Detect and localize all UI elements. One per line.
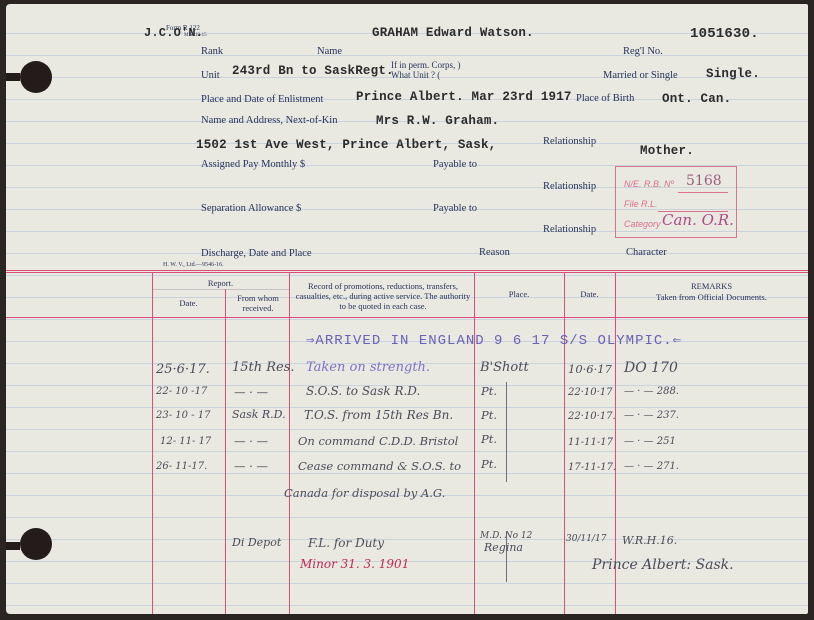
- discharge-from: Di Depot: [232, 536, 281, 549]
- punch-hole-stem-bottom: [6, 542, 20, 550]
- row4-date2: 11-11-17: [568, 437, 613, 448]
- relationship-value: Mother.: [640, 144, 694, 158]
- rb-file-label: File R.L.: [624, 199, 658, 209]
- marital-status-value: Single.: [706, 67, 760, 81]
- label-payable-to-2: Payable to: [433, 203, 477, 214]
- row2-remarks: — · — 288.: [624, 386, 679, 397]
- row4-from: — · —: [234, 434, 268, 448]
- table-top-rule-1: [6, 270, 808, 271]
- row2-record: S.O.S. to Sask R.D.: [306, 384, 420, 398]
- label-name: Name: [317, 46, 342, 57]
- label-separation-allowance: Separation Allowance $: [201, 203, 301, 214]
- enlistment-value: Prince Albert. Mar 23rd 1917: [356, 90, 572, 104]
- label-married-single: Married or Single: [603, 70, 678, 81]
- row3-date2: 22·10·17.: [568, 411, 616, 422]
- label-place-of-birth: Place of Birth: [576, 93, 634, 104]
- row1-date: 25·6·17.: [156, 362, 210, 377]
- row1-record: Taken on strength.: [306, 360, 430, 375]
- label-discharge: Discharge, Date and Place: [201, 248, 312, 259]
- punch-hole-stem-top: [6, 73, 20, 81]
- soldier-name: GRAHAM Edward Watson.: [372, 26, 534, 40]
- col-divider-date2: [564, 273, 565, 614]
- discharge-remarks-line2: Prince Albert: Sask.: [592, 557, 734, 573]
- row5-remarks: — · — 271.: [624, 461, 679, 472]
- minor-note: Minor 31. 3. 1901: [300, 557, 409, 571]
- header-remarks-title: REMARKS: [615, 281, 808, 291]
- row5-date: 26- 11-17.: [156, 461, 207, 472]
- punch-hole-bottom: [20, 528, 52, 560]
- row1-remarks: DO 170: [624, 360, 678, 376]
- file-code: J.C.O'N.: [144, 26, 203, 40]
- rb-category-value: Can. O.R.: [662, 211, 734, 229]
- header-report: Report.: [152, 278, 289, 288]
- rb-number-underline: [678, 192, 728, 193]
- row3-place: Pt.: [481, 408, 497, 422]
- next-of-kin-address: 1502 1st Ave West, Prince Albert, Sask,: [196, 138, 496, 152]
- arrival-in-england-stamp: ⇒ARRIVED IN ENGLAND 9 6 17 S/S OLYMPIC.⇐: [306, 332, 682, 349]
- label-unit: Unit: [201, 70, 220, 81]
- label-perm-corps-1: If in perm. Corps, ): [391, 60, 461, 70]
- label-next-of-kin: Name and Address, Next-of-Kin: [201, 115, 337, 126]
- next-of-kin-name: Mrs R.W. Graham.: [376, 114, 499, 128]
- row2-date: 22- 10 -17: [156, 386, 207, 397]
- discharge-remarks-line1: W.R.H.16.: [622, 534, 677, 547]
- table-top-rule-2: [6, 272, 808, 273]
- row5-record: Cease command & S.O.S. to: [298, 459, 461, 473]
- rb-category-label: Category: [624, 219, 661, 229]
- table-header-bottom-rule: [6, 317, 808, 318]
- row2-from: — · —: [234, 385, 268, 399]
- label-perm-corps-2: What Unit ? (: [391, 70, 440, 80]
- discharge-date2: 30/11/17: [566, 534, 606, 544]
- col-divider-record: [289, 273, 290, 614]
- report-subheader-rule: [152, 289, 289, 290]
- label-relationship-1: Relationship: [543, 136, 596, 147]
- rb-number-value: 5168: [686, 173, 722, 189]
- row4-record: On command C.D.D. Bristol: [298, 434, 458, 448]
- printer-imprint: H. W. V., Ltd.—9546-16.: [163, 262, 224, 268]
- col-divider-from: [225, 289, 226, 614]
- place-of-birth-value: Ont. Can.: [662, 92, 731, 106]
- col-divider-place: [474, 273, 475, 614]
- header-record: Record of promotions, reductions, transf…: [294, 281, 472, 311]
- header-remarks-sub: Taken from Official Documents.: [615, 292, 808, 302]
- row5-date2: 17-11-17.: [568, 462, 616, 473]
- row3-from: Sask R.D.: [232, 408, 286, 421]
- row2-date2: 22·10·17: [568, 387, 613, 398]
- rb-number-label: N/E. R.B. Nº: [624, 179, 674, 189]
- label-character: Character: [626, 247, 667, 258]
- place-pencil-divider: [506, 382, 507, 482]
- row6-record: Canada for disposal by A.G.: [284, 486, 445, 500]
- col-divider-date: [152, 273, 153, 614]
- header-date: Date.: [152, 298, 225, 308]
- discharge-place-line1: M.D. No 12: [480, 531, 532, 541]
- header-date2: Date.: [564, 289, 615, 299]
- row3-date: 23- 10 - 17: [156, 410, 210, 421]
- row4-remarks: — · — 251: [624, 436, 676, 447]
- unit-value: 243rd Bn to SaskRegt.: [232, 64, 394, 78]
- label-assigned-pay: Assigned Pay Monthly $: [201, 159, 305, 170]
- discharge-record: F.L. for Duty: [308, 536, 384, 550]
- row4-place: Pt.: [481, 432, 497, 446]
- row1-place: B'Shott: [480, 360, 529, 375]
- header-place: Place.: [474, 289, 564, 299]
- discharge-place-line2: Regina: [484, 541, 523, 554]
- row5-place: Pt.: [481, 457, 497, 471]
- label-relationship-3: Relationship: [543, 224, 596, 235]
- label-reason: Reason: [479, 247, 510, 258]
- row1-from: 15th Res.: [232, 360, 295, 375]
- header-from-whom: From whom received.: [228, 293, 288, 313]
- service-record-card: Form R 122 M.S. 10-15 J.C.O'N. GRAHAM Ed…: [6, 4, 808, 614]
- row2-place: Pt.: [481, 384, 497, 398]
- label-payable-to-1: Payable to: [433, 159, 477, 170]
- row3-remarks: — · — 237.: [624, 410, 679, 421]
- label-relationship-2: Relationship: [543, 181, 596, 192]
- label-rank: Rank: [201, 46, 223, 57]
- label-regl-no: Reg'l No.: [623, 46, 663, 57]
- record-branch-stamp: N/E. R.B. Nº 5168 File R.L. Category Can…: [615, 166, 737, 238]
- regimental-number: 1051630.: [690, 26, 759, 42]
- label-place-date-enlistment: Place and Date of Enlistment: [201, 94, 323, 105]
- row4-date: 12- 11- 17: [160, 436, 211, 447]
- punch-hole-top: [20, 61, 52, 93]
- row3-record: T.O.S. from 15th Res Bn.: [304, 408, 453, 422]
- row5-from: — · —: [234, 459, 268, 473]
- row1-date2: 10·6·17: [568, 362, 612, 376]
